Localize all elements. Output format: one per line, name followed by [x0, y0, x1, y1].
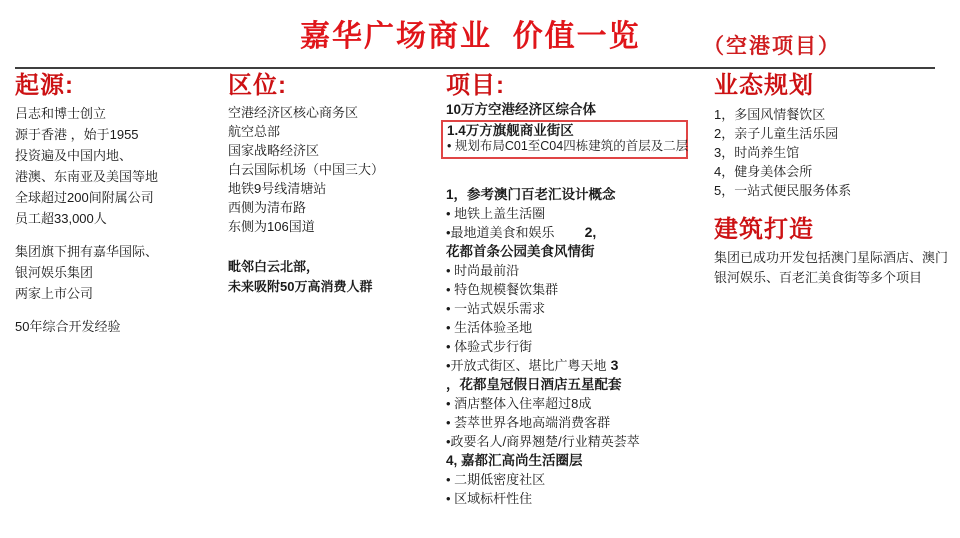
- project-bullet: • 一站式娱乐需求: [446, 299, 706, 318]
- project-bullet: • 体验式步行街: [446, 337, 706, 356]
- origin-line: 集团旗下拥有嘉华国际、: [15, 241, 223, 262]
- origin-line: 员工超33,000人: [15, 208, 223, 229]
- project-bullet: • 酒店整体入住率超过8成: [446, 394, 706, 413]
- location-line: 国家战略经济区: [228, 141, 446, 160]
- project-section-title: ，花都皇冠假日酒店五星配套: [446, 375, 706, 394]
- origin-line: 50年综合开发经验: [15, 316, 223, 337]
- project-lead: 10万方空港经济区综合体: [446, 102, 706, 118]
- planning-item: 1，多国风情餐饮区: [714, 105, 958, 124]
- location-line: 西侧为清布路: [228, 198, 446, 217]
- origin-line: 银河娱乐集团: [15, 262, 223, 283]
- project-bullet: • 时尚最前沿: [446, 261, 706, 280]
- page-title: 嘉华广场商业 价值一览: [300, 11, 641, 55]
- section-number: 2,: [585, 224, 597, 240]
- location-header: 区位:: [228, 72, 446, 99]
- column-origin: 起源: 吕志和博士创立 源于香港 ，始于1955 投资遍及中国内地、 港澳、东南…: [15, 72, 223, 337]
- project-bullet: • 特色规模餐饮集群: [446, 280, 706, 299]
- planning-item-list: 1，多国风情餐饮区 2，亲子儿童生活乐园 3，时尚养生馆 4，健身美体会所 5，…: [714, 105, 958, 200]
- project-bullet: •政要名人/商界翘楚/行业精英荟萃: [446, 432, 706, 451]
- location-highlight-line: 毗邻白云北部，: [228, 257, 446, 277]
- section-number: 3: [611, 357, 619, 373]
- location-highlight-line: 未来吸附50万高消费人群: [228, 277, 446, 297]
- project-highlight-box: 1.4万方旗舰商业街区 • 规划布局C01至C04四栋建筑的首层及二层: [441, 120, 688, 159]
- architecture-line: 集团已成功开发包括澳门星际酒店、澳门: [714, 248, 958, 268]
- planning-item: 4，健身美体会所: [714, 162, 958, 181]
- origin-header: 起源:: [15, 72, 223, 99]
- location-line: 白云国际机场（中国三大）: [228, 160, 446, 179]
- project-bullet-text: •最地道美食和娱乐: [446, 225, 555, 240]
- origin-paragraph-1: 吕志和博士创立 源于香港 ，始于1955 投资遍及中国内地、 港澳、东南亚及美国…: [15, 103, 223, 229]
- highlight-box-bullet: • 规划布局C01至C04四栋建筑的首层及二层: [447, 139, 684, 154]
- slide-canvas: 嘉华广场商业 价值一览 （空港项目） 起源: 吕志和博士创立 源于香港 ，始于1…: [0, 0, 960, 538]
- origin-line: 吕志和博士创立: [15, 103, 223, 124]
- project-bullet: • 生活体验圣地: [446, 318, 706, 337]
- location-paragraph-1: 空港经济区核心商务区 航空总部 国家战略经济区 白云国际机场（中国三大） 地铁9…: [228, 103, 446, 236]
- column-project: 项目: 10万方空港经济区综合体 1.4万方旗舰商业街区 • 规划布局C01至C…: [446, 72, 706, 508]
- project-point-list: 1，参考澳门百老汇设计概念 • 地铁上盖生活圈 •最地道美食和娱乐2, 花都首条…: [446, 185, 706, 508]
- location-line: 航空总部: [228, 122, 446, 141]
- project-section-title: 花都首条公园美食风情街: [446, 242, 706, 261]
- location-line: 空港经济区核心商务区: [228, 103, 446, 122]
- location-paragraph-2: 毗邻白云北部， 未来吸附50万高消费人群: [228, 257, 446, 297]
- location-line: 地铁9号线清塘站: [228, 179, 446, 198]
- project-bullet: •开放式街区、堪比广粤天地3: [446, 356, 706, 375]
- project-section-title: 1，参考澳门百老汇设计概念: [446, 185, 706, 204]
- origin-paragraph-2: 集团旗下拥有嘉华国际、 银河娱乐集团 两家上市公司: [15, 241, 223, 304]
- origin-line: 全球超过200间附属公司: [15, 187, 223, 208]
- architecture-header: 建筑打造: [714, 216, 958, 243]
- origin-line: 港澳、东南亚及美国等地: [15, 166, 223, 187]
- project-bullet: • 荟萃世界各地高端消费客群: [446, 413, 706, 432]
- column-location: 区位: 空港经济区核心商务区 航空总部 国家战略经济区 白云国际机场（中国三大）…: [228, 72, 446, 297]
- origin-paragraph-3: 50年综合开发经验: [15, 316, 223, 337]
- title-divider: [15, 67, 935, 69]
- page-subtitle: （空港项目）: [703, 30, 841, 60]
- project-bullet: •最地道美食和娱乐2,: [446, 223, 706, 242]
- planning-item: 3，时尚养生馆: [714, 143, 958, 162]
- highlight-box-title: 1.4万方旗舰商业街区: [447, 123, 684, 139]
- origin-line: 投资遍及中国内地、: [15, 145, 223, 166]
- origin-line: 源于香港 ，始于1955: [15, 124, 223, 145]
- planning-item: 2，亲子儿童生活乐园: [714, 124, 958, 143]
- location-line: 东侧为106国道: [228, 217, 446, 236]
- origin-line: 两家上市公司: [15, 283, 223, 304]
- architecture-text: 集团已成功开发包括澳门星际酒店、澳门 银河娱乐、百老汇美食街等多个项目: [714, 248, 958, 288]
- architecture-line: 银河娱乐、百老汇美食街等多个项目: [714, 268, 958, 288]
- project-bullet: • 二期低密度社区: [446, 470, 706, 489]
- column-planning: 业态规划 1，多国风情餐饮区 2，亲子儿童生活乐园 3，时尚养生馆 4，健身美体…: [714, 72, 958, 288]
- planning-item: 5，一站式便民服务体系: [714, 181, 958, 200]
- project-section-title: 4, 嘉都汇高尚生活圈层: [446, 451, 706, 470]
- project-bullet: • 地铁上盖生活圈: [446, 204, 706, 223]
- planning-header: 业态规划: [714, 72, 958, 99]
- project-bullet-text: •开放式街区、堪比广粤天地: [446, 358, 607, 373]
- project-header: 项目:: [446, 72, 706, 99]
- project-bullet: • 区域标杆性住: [446, 489, 706, 508]
